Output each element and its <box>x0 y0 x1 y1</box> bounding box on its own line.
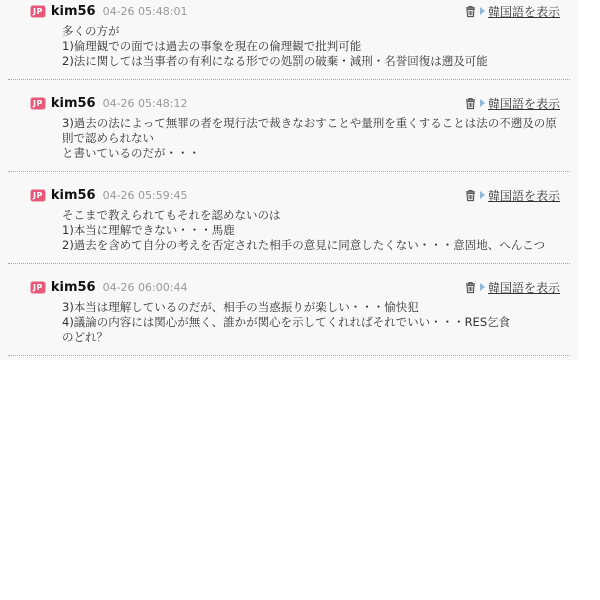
arrow-right-icon <box>480 7 485 15</box>
delete-trash-icon[interactable] <box>465 281 476 294</box>
post-header: JP kim56 04-26 05:48:12 韓国語を表示 <box>30 96 560 110</box>
comment-thread-panel: JP kim56 04-26 05:48:01 韓国語を表示 多くの方が 1)倫… <box>0 0 578 360</box>
post-header: JP kim56 04-26 05:59:45 韓国語を表示 <box>30 188 560 202</box>
arrow-right-icon <box>480 283 485 291</box>
post-body: そこまで教えられてもそれを認めないのは 1)本当に理解できない・・・馬鹿 2)過… <box>62 208 560 253</box>
comment-line: 2)過去を含めて自分の考えを否定された相手の意見に同意したくない・・・意固地、へ… <box>62 238 560 253</box>
comment-line: 3)過去の法によって無罪の者を現行法で裁きなおすことや量刑を重くすることは法の不… <box>62 116 560 131</box>
comment-line: 4)議論の内容には関心が無く、誰かが関心を示してくれればそれでいい・・・RES乞… <box>62 315 560 330</box>
comment-post: JP kim56 04-26 06:00:44 韓国語を表示 3)本当は理解して… <box>8 264 570 356</box>
post-body: 3)本当は理解しているのだが、相手の当惑振りが楽しい・・・愉快犯 4)議論の内容… <box>62 300 560 345</box>
timestamp: 04-26 06:00:44 <box>103 281 188 294</box>
comment-line: のどれ？ <box>62 330 560 345</box>
comment-line: 則で認められない <box>62 131 560 146</box>
country-badge-jp: JP <box>30 5 46 18</box>
comment-post: JP kim56 04-26 05:48:01 韓国語を表示 多くの方が 1)倫… <box>8 0 570 80</box>
delete-trash-icon[interactable] <box>465 97 476 110</box>
post-header: JP kim56 04-26 06:00:44 韓国語を表示 <box>30 280 560 294</box>
show-korean-link[interactable]: 韓国語を表示 <box>488 279 560 296</box>
comment-post: JP kim56 04-26 05:59:45 韓国語を表示 そこまで教えられて… <box>8 172 570 264</box>
comment-line: 1)本当に理解できない・・・馬鹿 <box>62 223 560 238</box>
username[interactable]: kim56 <box>51 96 96 111</box>
arrow-right-icon <box>480 99 485 107</box>
timestamp: 04-26 05:59:45 <box>103 189 188 202</box>
comment-line: 1)倫理観での面では過去の事象を現在の倫理観で批判可能 <box>62 39 560 54</box>
show-korean-link[interactable]: 韓国語を表示 <box>488 3 560 20</box>
delete-trash-icon[interactable] <box>465 189 476 202</box>
arrow-right-icon <box>480 191 485 199</box>
timestamp: 04-26 05:48:12 <box>103 97 188 110</box>
post-body: 3)過去の法によって無罪の者を現行法で裁きなおすことや量刑を重くすることは法の不… <box>62 116 560 161</box>
country-badge-jp: JP <box>30 281 46 294</box>
username[interactable]: kim56 <box>51 4 96 19</box>
show-korean-link[interactable]: 韓国語を表示 <box>488 187 560 204</box>
country-badge-jp: JP <box>30 97 46 110</box>
show-korean-link[interactable]: 韓国語を表示 <box>488 95 560 112</box>
post-header: JP kim56 04-26 05:48:01 韓国語を表示 <box>30 4 560 18</box>
username[interactable]: kim56 <box>51 188 96 203</box>
username[interactable]: kim56 <box>51 280 96 295</box>
post-body: 多くの方が 1)倫理観での面では過去の事象を現在の倫理観で批判可能 2)法に関し… <box>62 24 560 69</box>
timestamp: 04-26 05:48:01 <box>103 5 188 18</box>
country-badge-jp: JP <box>30 189 46 202</box>
comment-line: そこまで教えられてもそれを認めないのは <box>62 208 560 223</box>
comment-line: と書いているのだが・・・ <box>62 146 560 161</box>
comment-line: 3)本当は理解しているのだが、相手の当惑振りが楽しい・・・愉快犯 <box>62 300 560 315</box>
comment-line: 2)法に関しては当事者の有利になる形での処罰の破棄・減刑・名誉回復は遡及可能 <box>62 54 560 69</box>
comment-post: JP kim56 04-26 05:48:12 韓国語を表示 3)過去の法によっ… <box>8 80 570 172</box>
delete-trash-icon[interactable] <box>465 5 476 18</box>
comment-line: 多くの方が <box>62 24 560 39</box>
